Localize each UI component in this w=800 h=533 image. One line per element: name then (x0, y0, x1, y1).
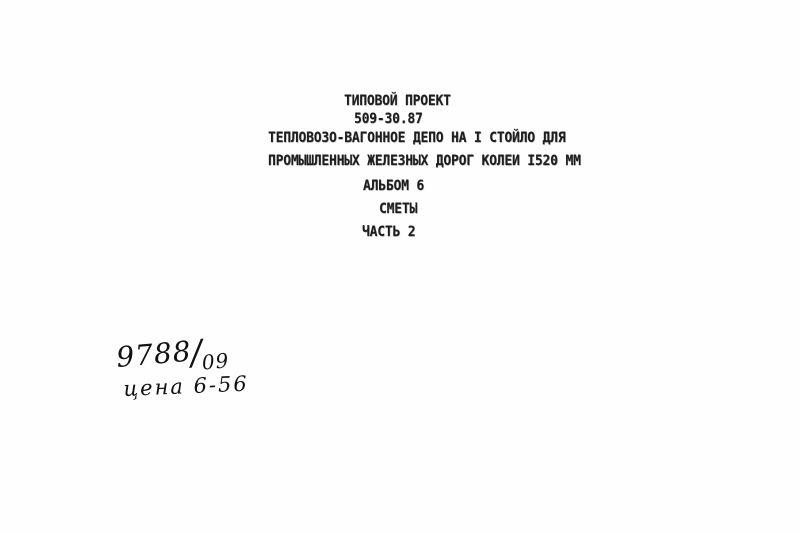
title-line-1: ТЕПЛОВОЗО-ВАГОННОЕ ДЕПО НА I СТОЙЛО ДЛЯ (268, 130, 565, 147)
title-line-2: ПРОМЫШЛЕННЫХ ЖЕЛЕЗНЫХ ДОРОГ КОЛЕИ I520 М… (268, 153, 581, 170)
album-line: АЛЬБОМ 6 (363, 178, 424, 195)
scanned-document-page: ТИПОВОЙ ПРОЕКТ 509-30.87 ТЕПЛОВОЗО-ВАГОН… (0, 0, 800, 533)
section-line: СМЕТЫ (379, 201, 417, 218)
inventory-number-main: 9788 (115, 335, 193, 374)
handwritten-price: цена 6-56 (123, 372, 249, 401)
project-number-line: 509-30.87 (354, 111, 423, 128)
inventory-number-suffix: 09 (201, 348, 230, 374)
handwritten-inventory-number: 9788/09 (115, 326, 232, 376)
project-type-line: ТИПОВОЙ ПРОЕКТ (344, 93, 451, 110)
part-line: ЧАСТЬ 2 (362, 224, 415, 241)
